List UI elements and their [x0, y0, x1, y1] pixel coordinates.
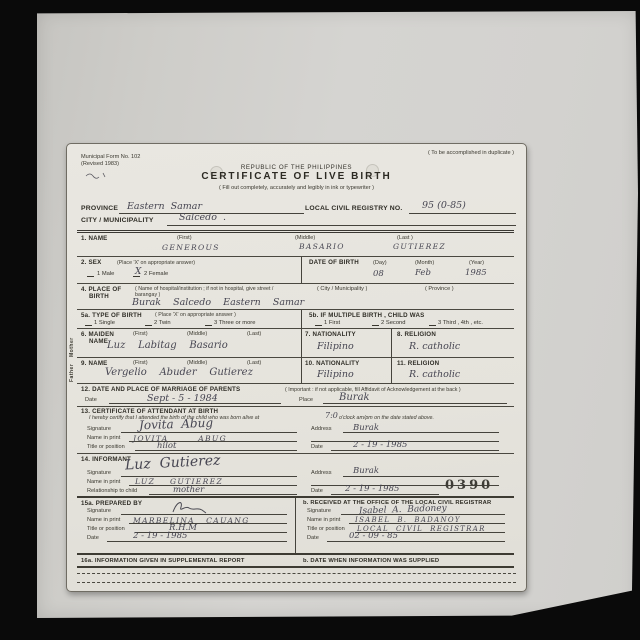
attendant-date-line: [331, 450, 499, 451]
marriage-date-value: Sept - 5 - 1984: [147, 393, 218, 404]
province-label: PROVINCE: [81, 205, 118, 212]
form-instruction: ( Fill out completely, accurately and le…: [67, 185, 526, 191]
blank-line: [145, 325, 152, 326]
mother-side-label: Mother: [69, 328, 75, 357]
attendant-title-value: hilot: [157, 441, 176, 451]
marriage-place-value: Burak: [339, 392, 370, 403]
type-twin-option: 2 Twin: [154, 320, 171, 326]
row-place-of-birth: 4. PLACE OF BIRTH ( Name of hospital/ins…: [77, 284, 514, 310]
column-divider: [301, 329, 302, 357]
column-divider: [295, 498, 296, 553]
informant-relationship-value: mother: [173, 485, 204, 495]
place-label-1: 4. PLACE OF: [81, 286, 121, 293]
attendant-time-value: 7:0: [325, 411, 338, 420]
row-prepared-received: 15a. PREPARED BY Signature Name in print…: [77, 498, 514, 555]
date-supplied-label: b. DATE WHEN INFORMATION WAS SUPPLIED: [303, 558, 439, 564]
attendant-signature-value: Jovita Abug: [139, 416, 213, 433]
informant-address-label: Address: [311, 470, 332, 477]
informant-address-line: [343, 476, 499, 477]
dob-day-header: (Day): [373, 260, 387, 266]
multiple-second-option: 2 Second: [381, 320, 406, 326]
place-value: Burak Salcedo Eastern Samar: [132, 297, 304, 308]
row-sex-dob: 2. SEX (Place 'X' on appropriate answer)…: [77, 257, 514, 284]
column-divider: [391, 329, 392, 357]
informant-date-value: 2 - 19 - 1985: [345, 484, 399, 494]
prepared-signature-label: Signature: [87, 508, 111, 515]
prepared-signature-line: [121, 514, 287, 515]
mother-religion-label: 8. RELIGION: [397, 331, 436, 338]
type-label: 5a. TYPE OF BIRTH: [81, 312, 142, 319]
prepared-date-label: Date: [87, 535, 99, 542]
received-nameprint-label: Name in print: [307, 517, 340, 524]
form-title: CERTIFICATE OF LIVE BIRTH: [67, 171, 526, 182]
registry-line: [409, 213, 516, 214]
dob-year-header: (Year): [469, 260, 484, 266]
type-note: ( Place 'X' on appropriate answer ): [155, 312, 236, 318]
sex-label: 2. SEX: [81, 259, 101, 266]
certificate-form: Municipal Form No. 102 (Revised 1983) ( …: [66, 143, 527, 592]
mother-nationality-label: 7. NATIONALITY: [305, 331, 356, 338]
father-religion-label: 11. RELIGION: [397, 360, 439, 367]
name-first-header: (First): [177, 235, 192, 241]
multiple-first-option: 1 First: [324, 320, 340, 326]
name-last-value: GUTIEREZ: [393, 242, 446, 251]
informant-date-label: Date: [311, 488, 323, 495]
duplicate-note: ( To be accomplished in duplicate ): [428, 150, 514, 157]
row-name: 1. NAME (First) (Middle) (Last ) GENEROU…: [77, 233, 514, 257]
province-value: Eastern Samar: [127, 201, 202, 212]
father-middle-header: (Middle): [187, 360, 207, 366]
mother-last-header: (Last): [247, 331, 261, 337]
male-option: 1 Male: [97, 271, 114, 277]
form-number: Municipal Form No. 102: [81, 154, 140, 161]
attendant-address-value: Burak: [353, 423, 379, 433]
prepared-signature-scribble-icon: [169, 499, 211, 515]
blank-line: [429, 325, 436, 326]
blank-line: [205, 325, 212, 326]
dob-label: DATE OF BIRTH: [309, 259, 359, 266]
mother-religion-value: R. catholic: [409, 341, 460, 352]
father-nationality-label: 10. NATIONALITY: [305, 360, 359, 367]
place-province-header: ( Province ): [425, 286, 454, 292]
father-name-label: 9. NAME: [81, 360, 108, 367]
dob-year-value: 1985: [465, 268, 487, 278]
father-last-header: (Last): [247, 360, 261, 366]
maiden-name-label-1: 6. MAIDEN: [81, 331, 114, 338]
received-date-value: 02 - 09 - 85: [349, 531, 398, 541]
mother-middle-header: (Middle): [187, 331, 207, 337]
place-city-header: ( City / Municipality ): [317, 286, 367, 292]
row-type-of-birth: 5a. TYPE OF BIRTH ( Place 'X' on appropr…: [77, 310, 514, 329]
name-label: 1. NAME: [81, 235, 108, 242]
received-nameprint-value: ISABEL B. BADANOY: [355, 516, 461, 524]
registry-label: LOCAL CIVIL REGISTRY NO.: [305, 205, 402, 212]
attendant-date-label: Date: [311, 444, 323, 451]
blank-line: [372, 325, 379, 326]
informant-label: 14. INFORMANT: [81, 456, 131, 463]
attendant-title-label: Title or position: [87, 444, 125, 451]
city-label: CITY / MUNICIPALITY: [81, 217, 154, 224]
informant-nameprint-label: Name in print: [87, 479, 120, 486]
name-first-value: GENEROUS: [162, 243, 220, 252]
attendant-address-label: Address: [311, 426, 332, 433]
attendant-nameprint-label: Name in print: [87, 435, 120, 442]
row-marriage: 12. DATE AND PLACE OF MARRIAGE OF PARENT…: [77, 384, 514, 407]
column-divider: [301, 257, 302, 283]
column-divider: [301, 310, 302, 328]
female-blank-line: [133, 276, 140, 277]
multiple-label: 5b. IF MULTIPLE BIRTH , CHILD WAS: [309, 312, 424, 319]
dob-month-value: Feb: [415, 268, 431, 278]
mother-name-value: Luz Labitag Basario: [107, 340, 228, 351]
attendant-signature-line: [121, 432, 297, 433]
attendant-certify-post: o'clock am/pm on the date stated above.: [339, 415, 434, 421]
informant-signature-label: Signature: [87, 470, 111, 477]
female-option: 2 Female: [144, 271, 168, 277]
registry-value: 95 (0-85): [422, 200, 466, 211]
dashed-rule: [77, 573, 516, 574]
row-attendant: 13. CERTIFICATE OF ATTENDANT AT BIRTH I …: [77, 407, 514, 454]
marriage-note: ( Important : if not applicable, fill Af…: [285, 387, 513, 393]
marriage-place-line: [323, 403, 507, 404]
male-blank-line: [87, 276, 94, 277]
informant-relationship-line: [149, 494, 297, 495]
attendant-nameprint-value: JOVITA ABUG: [133, 434, 227, 443]
father-nationality-value: Filipino: [317, 369, 354, 380]
name-middle-value: BASARIO: [299, 242, 345, 251]
attendant-label: 13. CERTIFICATE OF ATTENDANT AT BIRTH: [81, 408, 218, 415]
dob-day-value: 08: [373, 269, 384, 279]
attendant-date-value: 2 - 19 - 1985: [353, 440, 407, 450]
prepared-label: 15a. PREPARED BY: [81, 500, 142, 507]
sex-note: (Place 'X' on appropriate answer): [117, 260, 195, 266]
blank-line: [85, 325, 92, 326]
registry-stamp: 0390: [445, 478, 493, 493]
father-religion-value: R. catholic: [409, 369, 460, 380]
informant-relationship-label: Relationship to child: [87, 488, 137, 495]
mother-first-header: (First): [133, 331, 148, 337]
received-date-label: Date: [307, 535, 319, 542]
row-informant: 14. INFORMANT Signature Luz Gutierez Add…: [77, 454, 514, 498]
multiple-third-option: 3 Third , 4th , etc.: [438, 320, 483, 326]
dob-month-header: (Month): [415, 260, 434, 266]
column-divider: [391, 358, 392, 383]
father-name-value: Vergelio Abuder Gutierez: [105, 367, 253, 378]
prepared-title-label: Title or position: [87, 526, 125, 533]
name-last-header: (Last ): [397, 235, 413, 241]
maiden-name-label-2: NAME: [89, 338, 108, 345]
blank-line: [315, 325, 322, 326]
type-three-option: 3 Three or more: [214, 320, 255, 326]
column-divider: [301, 358, 302, 383]
marriage-place-label: Place: [299, 397, 313, 404]
row-father: 9. NAME (First) (Middle) (Last) Vergelio…: [77, 358, 514, 384]
type-single-option: 1 Single: [94, 320, 115, 326]
informant-address-value: Burak: [353, 466, 379, 476]
received-title-label: Title or position: [307, 526, 345, 533]
city-line: [167, 225, 516, 226]
prepared-date-value: 2 - 19 - 1985: [133, 531, 187, 541]
marriage-date-label: Date: [85, 397, 97, 404]
city-value: Salcedo .: [179, 212, 226, 223]
row-supplemental: 16a. INFORMATION GIVEN IN SUPPLEMENTAL R…: [77, 555, 514, 568]
mother-nationality-value: Filipino: [317, 341, 354, 352]
place-label-2: BIRTH: [89, 293, 109, 300]
received-date-line: [327, 541, 505, 542]
row-mother: 6. MAIDEN NAME (First) (Middle) (Last) L…: [77, 329, 514, 358]
received-signature-label: Signature: [307, 508, 331, 515]
prepared-nameprint-label: Name in print: [87, 517, 120, 524]
marriage-label: 12. DATE AND PLACE OF MARRIAGE OF PARENT…: [81, 386, 240, 393]
father-side-label: Father: [69, 356, 75, 382]
attendant-signature-label: Signature: [87, 426, 111, 433]
name-middle-header: (Middle): [295, 235, 315, 241]
informant-date-line: [331, 494, 439, 495]
dashed-rule: [77, 582, 516, 583]
prepared-date-line: [107, 541, 287, 542]
informant-signature-value: Luz Gutierez: [125, 453, 221, 474]
republic-line: REPUBLIC OF THE PHILIPPINES: [67, 164, 526, 171]
supplemental-label: 16a. INFORMATION GIVEN IN SUPPLEMENTAL R…: [81, 558, 245, 564]
form-grid: 1. NAME (First) (Middle) (Last ) GENEROU…: [77, 230, 514, 568]
father-first-header: (First): [133, 360, 148, 366]
